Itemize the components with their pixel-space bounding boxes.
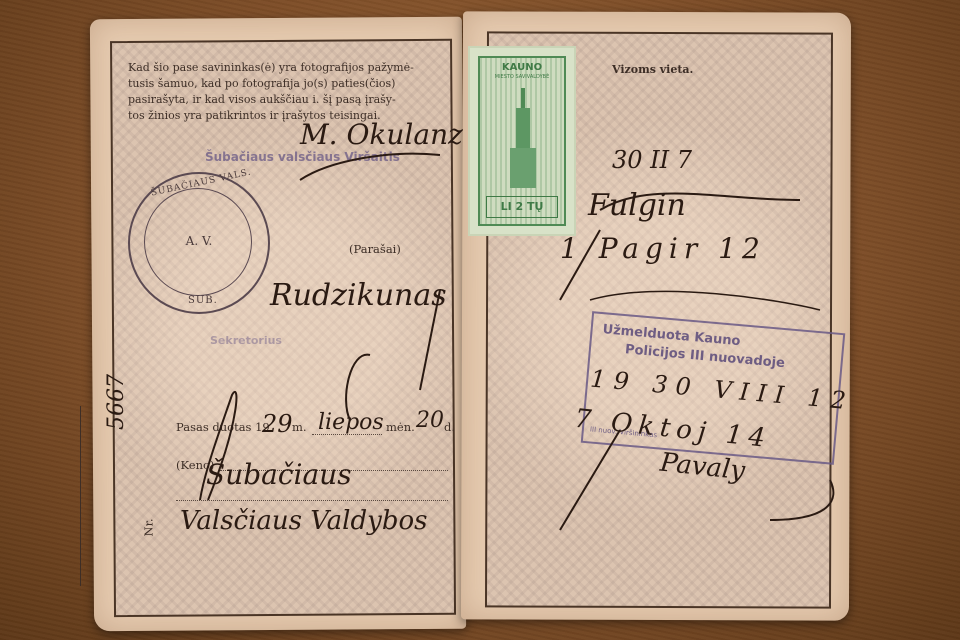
issued-prefix: Pasas duotas 19 [176,420,270,434]
secretary-stamp: Sekretorius [210,334,282,347]
issued-men-label: mėn. [386,420,415,435]
issuer-dotline-2 [176,500,448,501]
revenue-stamp: KAUNO MIESTO SAVIVALDYBĖ LI 2 TŲ [470,48,574,234]
official-stamp-line: Šubačiaus valsčiaus Viršaitis [205,150,400,164]
seal-center-text: A. V. [130,234,268,248]
revenue-stamp-subtitle: MIESTO SAVIVALDYBĖ [480,74,564,80]
church-tower-icon [510,88,536,188]
police-stamp-line-2: Policijos III nuovadoje [624,342,785,371]
issued-year: 29 [262,410,293,438]
cert-line-2: tusis šamuo, kad po fotografija jo(s) pa… [128,76,448,92]
issued-month: liepos [318,410,384,435]
nr-label: Nr. [141,519,156,537]
issued-d-label: d. [444,420,455,435]
certification-text: Kad šio pase savininkas(ė) yra fotografi… [128,60,448,124]
issuer-line-1: Šubačiaus [206,458,352,491]
visa-note-1-line-3: 1 Pagir 12 [560,232,766,265]
signatures-label: (Parašai) [349,242,401,257]
official-signature: M. Okulanz [300,118,463,151]
police-stamp-line-1: Užmelduota Kauno [602,322,741,349]
revenue-stamp-body: KAUNO MIESTO SAVIVALDYBĖ LI 2 TŲ [478,56,566,226]
issued-m-label: m. [292,420,307,435]
month-dotline [312,434,382,435]
passport-number: 5667 [104,374,129,430]
issued-day: 20 [416,408,444,433]
cert-line-1: Kad šio pase savininkas(ė) yra fotografi… [128,60,448,76]
round-seal: ŠUBAČIAUS VALS. A. V. SUB. [128,172,270,314]
nr-bracket-line [80,406,82,586]
revenue-stamp-value: LI 2 TŲ [486,196,558,218]
visa-note-1-line-1: 30 II 7 [612,146,692,174]
cert-line-3: pasirašyta, ir kad visos aukščiau i. šį … [128,92,448,108]
issuer-line-2: Valsčiaus Valdybos [180,506,427,536]
visa-heading: Vizoms vieta. [612,62,693,77]
visa-note-1-line-2: Fulgin [588,188,686,223]
seal-ring-text-bottom: SUB. [188,295,218,306]
revenue-stamp-title: KAUNO [480,62,564,73]
issued-label: Pasas duotas 19 [176,420,270,435]
holder-signature: Rudzikunas [270,278,447,313]
